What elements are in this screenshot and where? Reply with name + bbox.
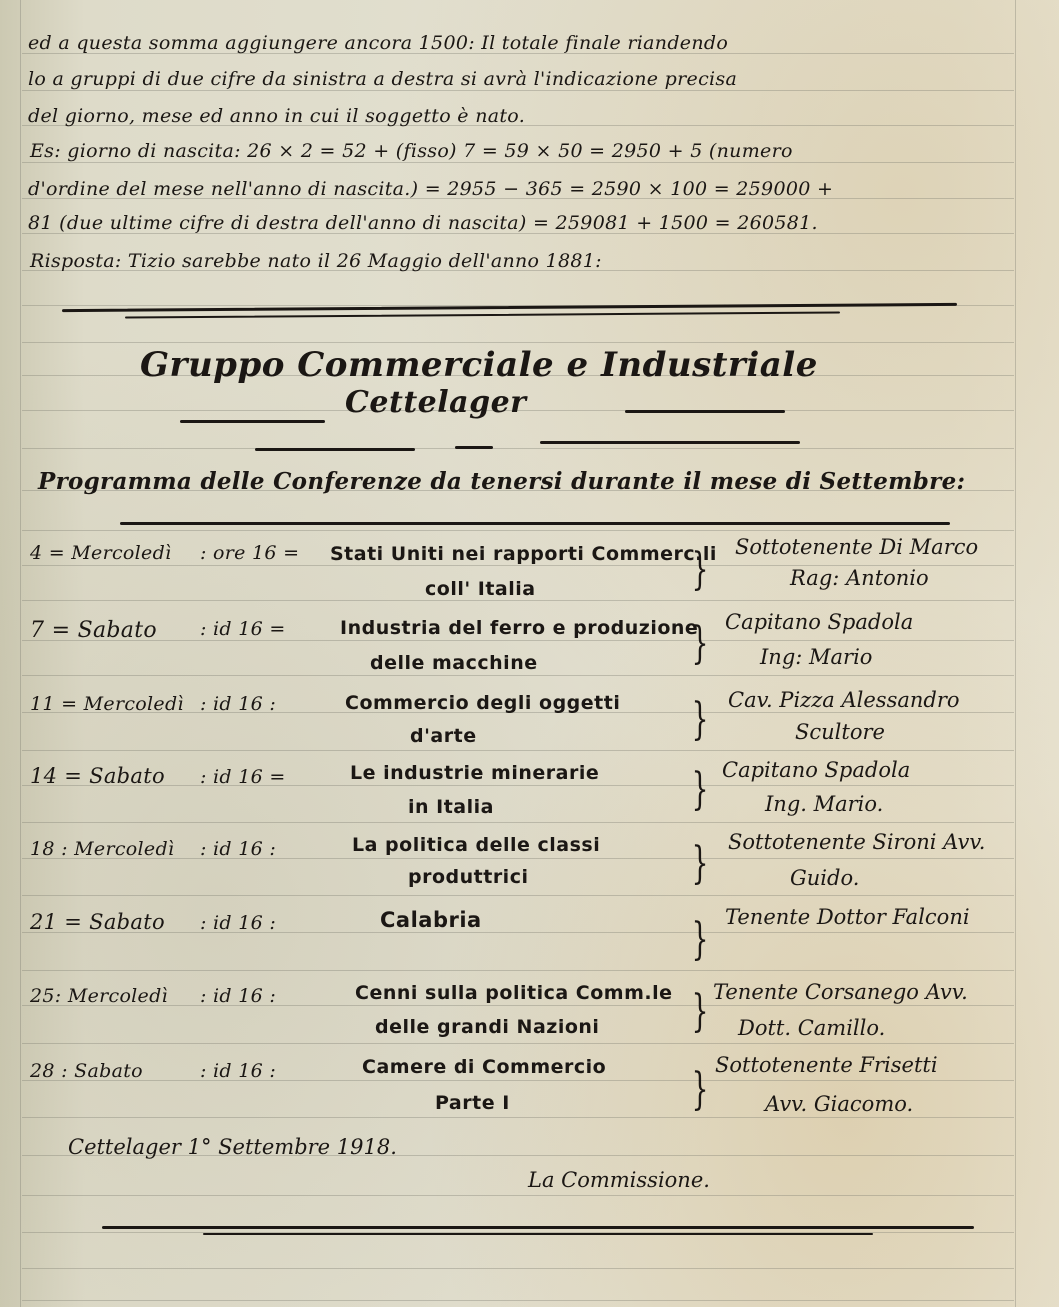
subtitle-underline-right [625,410,785,413]
intro-line: ed a questa somma aggiungere ancora 1500… [28,32,728,54]
dateline: Cettelager 1° Settembre 1918. [68,1135,397,1159]
brace-icon: } [692,768,709,812]
schedule-topic: Camere di Commercio [362,1056,606,1078]
signature: La Commissione. [528,1168,710,1192]
schedule-topic: Le industrie minerarie [350,762,599,784]
schedule-topic-cont: Parte I [435,1092,510,1114]
schedule-speaker: Capitano Spadola [725,610,913,634]
schedule-topic: La politica delle classi [352,834,600,856]
header-dash [455,446,493,449]
schedule-topic-cont: delle grandi Nazioni [375,1016,599,1038]
subtitle-underline-left [180,420,325,423]
intro-line: lo a gruppi di due cifre da sinistra a d… [28,68,737,90]
schedule-time: : id 16 : [200,985,276,1007]
ruled-line [22,895,1014,896]
schedule-speaker: Cav. Pizza Alessandro [728,688,960,712]
schedule-date: 21 = Sabato [30,910,165,934]
brace-icon: } [692,548,709,592]
schedule-date: 11 = Mercoledì [30,693,184,715]
brace-icon: } [692,698,709,742]
schedule-topic-cont: delle macchine [370,652,538,674]
schedule-date: 28 : Sabato [30,1060,143,1082]
notebook-page: ed a questa somma aggiungere ancora 1500… [0,0,1059,1307]
schedule-topic: Commercio degli oggetti [345,692,620,714]
ruled-line [22,1043,1014,1044]
schedule-speaker-cont: Dott. Camillo. [738,1016,885,1040]
ruled-line [22,1117,1014,1118]
ruled-line [22,675,1014,676]
schedule-topic-cont: in Italia [408,796,494,818]
schedule-speaker: Sottotenente Sironi Avv. [728,830,985,854]
schedule-topic: Industria del ferro e produzione [340,617,698,639]
closing-line [203,1233,873,1235]
group-title: Gruppo Commerciale e Industriale [140,345,818,385]
schedule-topic-cont: produttrici [408,866,528,888]
schedule-date: 4 = Mercoledì [30,542,171,564]
schedule-time: : ore 16 = [200,542,299,564]
header-dash [540,441,800,444]
schedule-speaker-cont: Ing. Mario. [765,792,883,816]
schedule-time: : id 16 = [200,766,286,788]
schedule-time: : id 16 : [200,693,276,715]
schedule-speaker: Sottotenente Di Marco [735,535,978,559]
schedule-time: : id 16 : [200,838,276,860]
ruled-line [22,822,1014,823]
ruled-line [22,530,1014,531]
schedule-speaker-cont: Avv. Giacomo. [765,1092,913,1116]
brace-icon: } [692,990,709,1034]
ruled-line [22,1080,1014,1081]
closing-line [102,1226,974,1229]
ruled-line [22,162,1014,163]
right-margin-line [1015,0,1016,1307]
brace-icon: } [692,918,709,962]
schedule-speaker: Sottotenente Frisetti [715,1053,938,1077]
schedule-topic: Stati Uniti nei rapporti Commerc.li [330,543,717,565]
schedule-speaker-cont: Guido. [790,866,859,890]
schedule-date: 18 : Mercoledì [30,838,174,860]
answer-line: Risposta: Tizio sarebbe nato il 26 Maggi… [30,250,602,272]
schedule-topic: Calabria [380,908,482,932]
ruled-line [22,785,1014,786]
group-subtitle: Cettelager [345,385,526,420]
ruled-line [22,970,1014,971]
separator-line [120,522,950,525]
brace-icon: } [692,1068,709,1112]
intro-line: del giorno, mese ed anno in cui il sogge… [28,105,525,127]
ruled-line [22,1300,1014,1301]
calculation-line: d'ordine del mese nell'anno di nascita.)… [28,178,833,200]
schedule-time: : id 16 : [200,912,276,934]
ruled-line [22,1195,1014,1196]
calculation-line: 81 (due ultime cifre di destra dell'anno… [28,212,818,234]
separator-line [125,312,840,319]
schedule-speaker-cont: Ing: Mario [760,645,872,669]
ruled-line [22,640,1014,641]
calculation-line: Es: giorno di nascita: 26 × 2 = 52 + (fi… [30,140,793,162]
schedule-time: : id 16 = [200,618,286,640]
schedule-speaker: Tenente Dottor Falconi [725,905,970,929]
schedule-speaker-cont: Scultore [795,720,885,744]
program-heading: Programma delle Conferenze da tenersi du… [38,468,965,495]
schedule-speaker: Capitano Spadola [722,758,910,782]
schedule-date: 7 = Sabato [30,618,157,643]
header-dash [255,448,415,451]
ruled-line [22,600,1014,601]
schedule-date: 14 = Sabato [30,764,165,788]
ruled-line [22,448,1014,449]
ruled-line [22,1268,1014,1269]
ruled-line [22,1005,1014,1006]
schedule-time: : id 16 : [200,1060,276,1082]
schedule-topic-cont: coll' Italia [425,578,536,600]
ruled-line [22,932,1014,933]
ruled-line [22,750,1014,751]
schedule-speaker-cont: Rag: Antonio [790,566,929,590]
schedule-topic: Cenni sulla politica Comm.le [355,982,673,1004]
left-margin-line [20,0,21,1307]
schedule-date: 25: Mercoledì [30,985,168,1007]
brace-icon: } [692,622,709,666]
brace-icon: } [692,842,709,886]
schedule-topic-cont: d'arte [410,725,477,747]
ruled-line [22,342,1014,343]
ruled-line [22,90,1014,91]
schedule-speaker: Tenente Corsanego Avv. [713,980,968,1004]
